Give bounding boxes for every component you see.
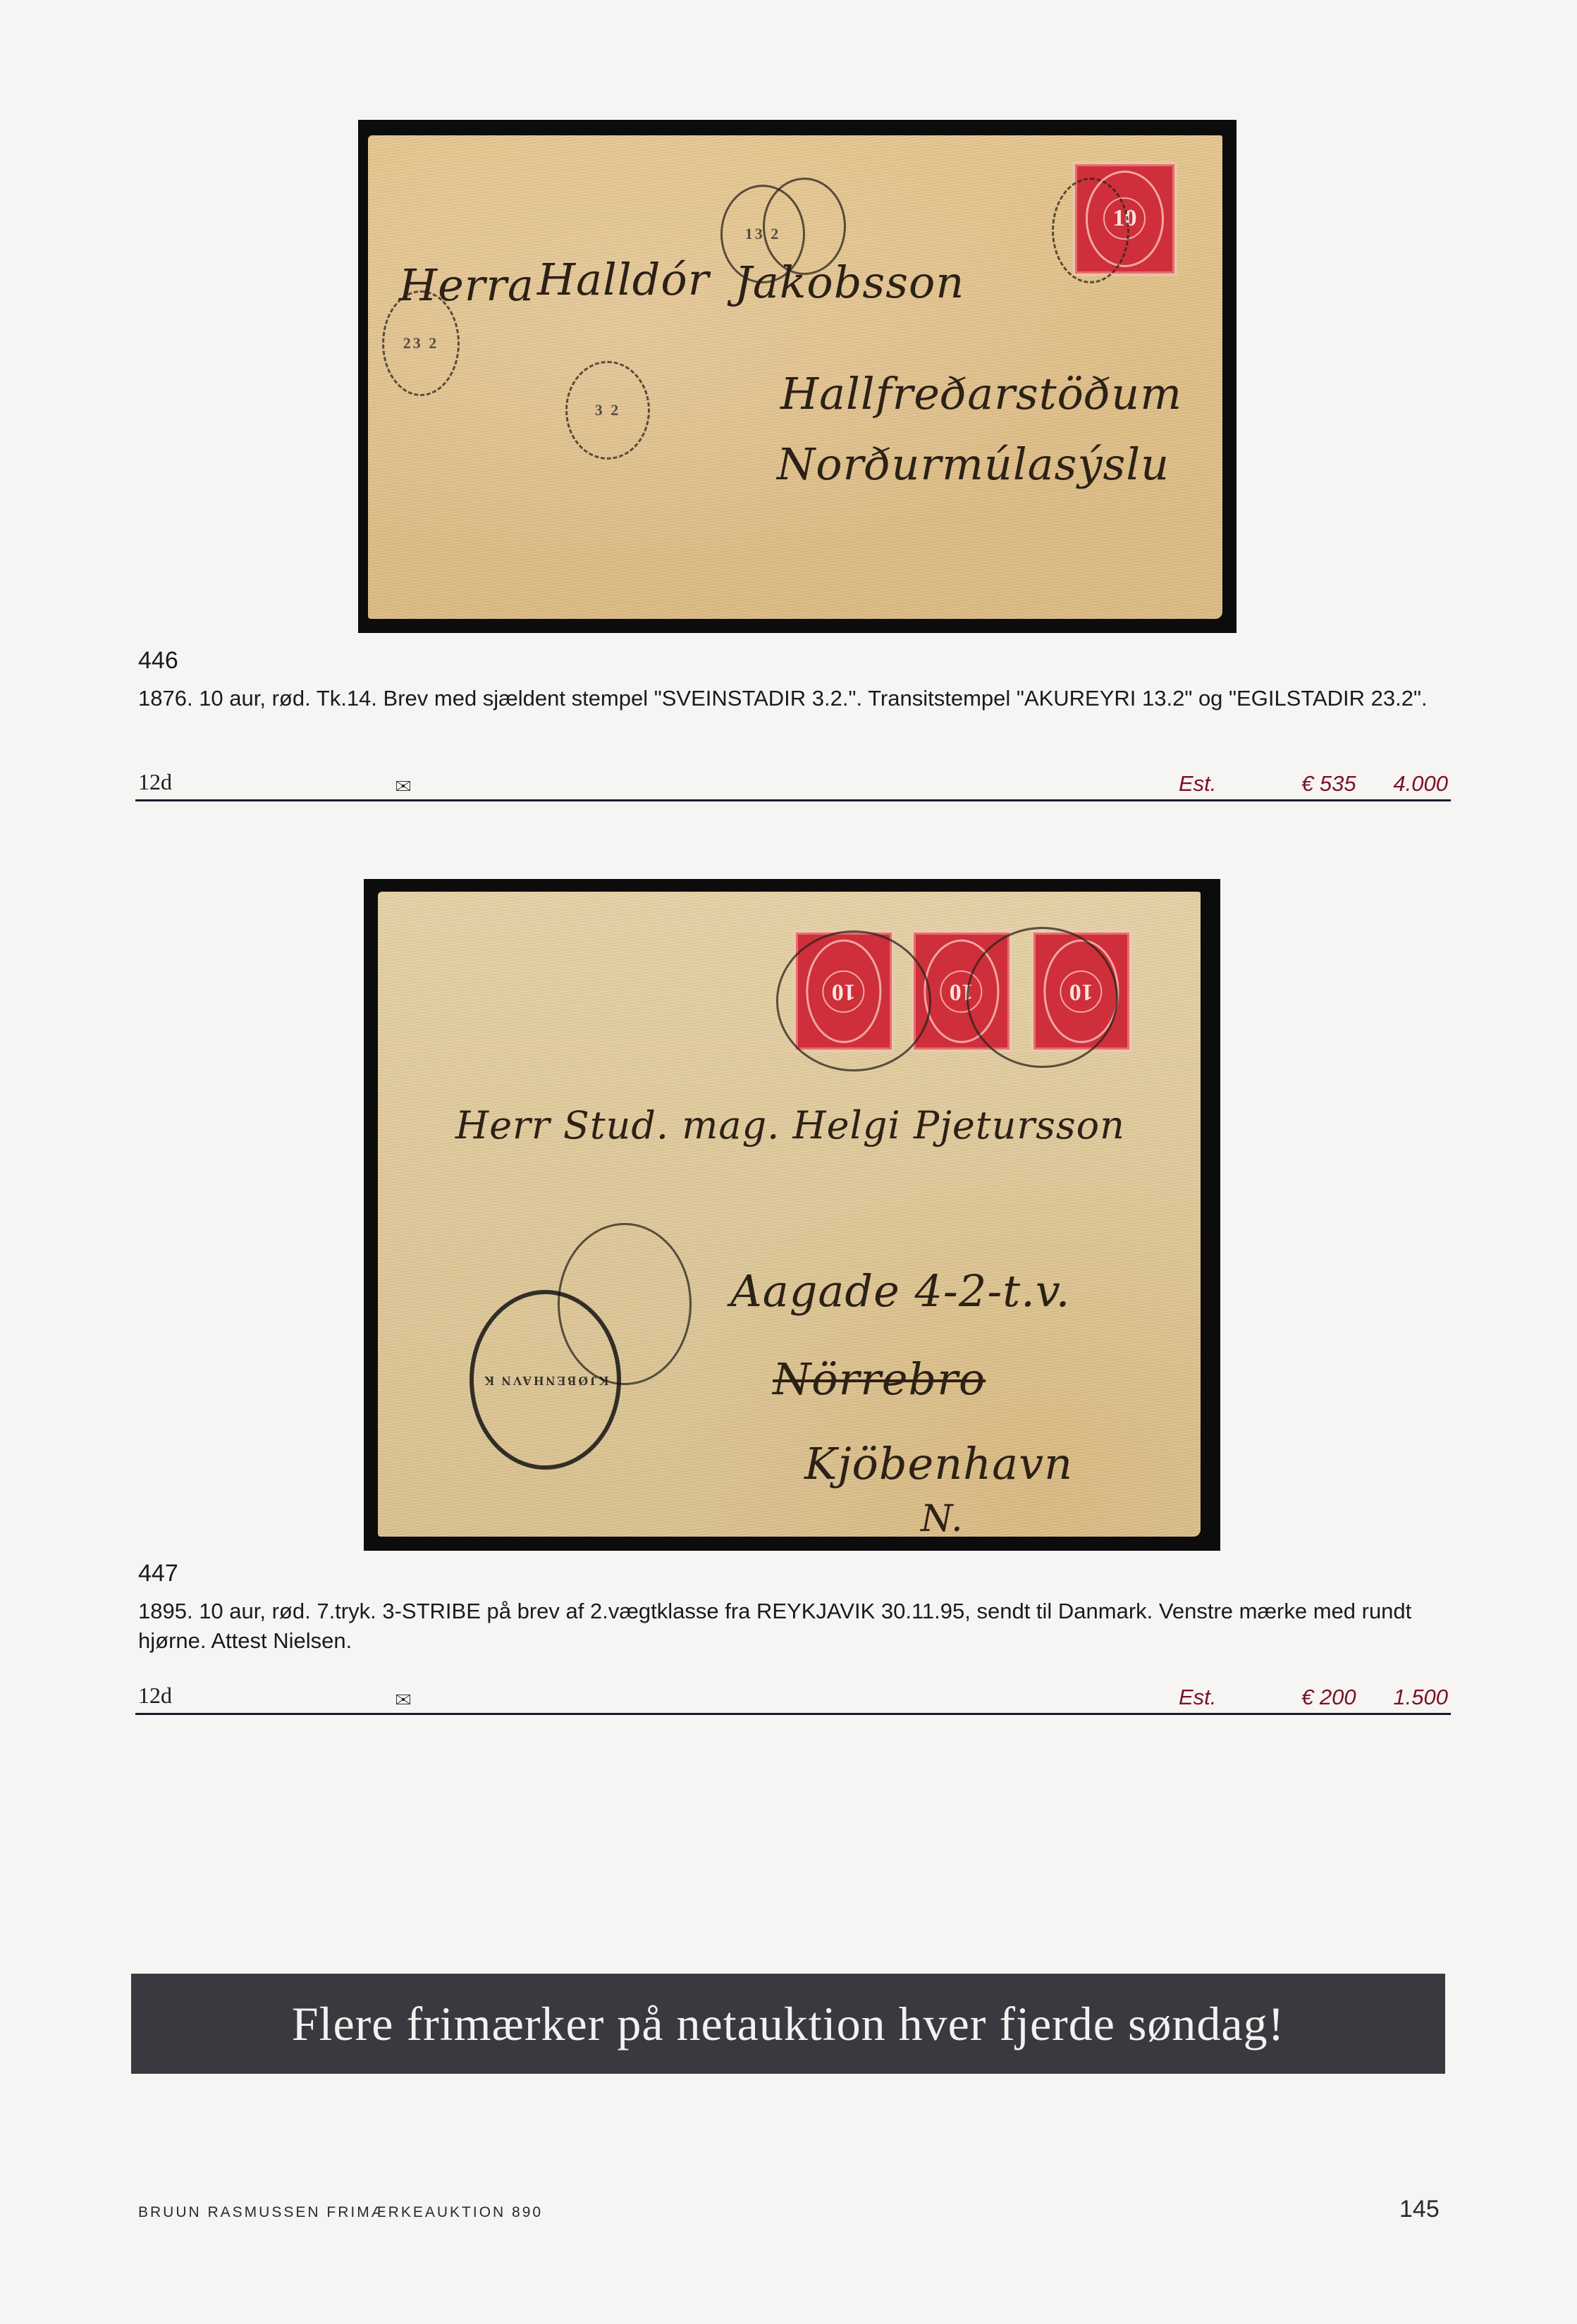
cover-image: 10 13 2 23 2 3 2 Herra Halldór Jakobsson…	[368, 135, 1222, 619]
address-line: Herra	[399, 259, 534, 311]
postmark-on-stamp	[1052, 178, 1129, 283]
address-line: Jakobsson	[735, 257, 964, 308]
promo-banner-text: Flere frimærker på netauktion hver fjerd…	[292, 1996, 1285, 2052]
lot-description: 1895. 10 aur, rød. 7.tryk. 3-STRIBE på b…	[138, 1597, 1428, 1656]
catalog-number: 12d	[138, 769, 172, 795]
postmark-reykjavik	[776, 930, 931, 1071]
postmark-sveinstadir: 3 2	[565, 361, 650, 460]
estimate-label: Est.	[1179, 771, 1216, 797]
catalog-number: 12d	[138, 1683, 172, 1709]
cover-image: 10 10 10 KJØBENHAVN K Herr Stud. mag. He…	[378, 892, 1201, 1537]
estimate-label: Est.	[1179, 1685, 1216, 1710]
address-line: Herr Stud. mag. Helgi Pjetursson	[455, 1103, 1125, 1148]
estimate-dkk: 1.500	[1393, 1685, 1448, 1710]
address-line: N.	[921, 1498, 964, 1537]
address-line-struck: Nörrebro	[773, 1353, 986, 1405]
address-line: Aagade 4-2-t.v.	[730, 1265, 1070, 1317]
postmark-reykjavik-2	[967, 927, 1118, 1068]
postmark-text: KJØBENHAVN K	[482, 1373, 608, 1387]
envelope-icon	[396, 1695, 410, 1704]
postmark-kjobenhavn: KJØBENHAVN K	[470, 1290, 621, 1470]
lot-description: 1876. 10 aur, rød. Tk.14. Brev med sjæld…	[138, 684, 1428, 713]
lot-footer: 12d Est. € 535 4.000	[135, 768, 1451, 801]
address-line: Halldór	[537, 254, 709, 305]
address-line: Norðurmúlasýslu	[777, 438, 1170, 490]
estimate-dkk: 4.000	[1393, 771, 1448, 797]
address-line: Kjöbenhavn	[804, 1438, 1073, 1489]
publication-title: BRUUN RASMUSSEN FRIMÆRKEAUKTION 890	[138, 2204, 543, 2221]
promo-banner[interactable]: Flere frimærker på netauktion hver fjerd…	[131, 1974, 1445, 2074]
lot-footer: 12d Est. € 200 1.500	[135, 1682, 1451, 1715]
postmark-date: 23 2	[403, 335, 439, 352]
address-line: Hallfreðarstöðum	[780, 368, 1182, 419]
lot-446-photo[interactable]: 10 13 2 23 2 3 2 Herra Halldór Jakobsson…	[358, 120, 1237, 633]
lot-number: 446	[138, 647, 178, 675]
estimate-eur: € 535	[1301, 771, 1356, 797]
envelope-icon	[396, 781, 410, 791]
lot-number: 447	[138, 1560, 178, 1587]
postmark-date: 3 2	[595, 402, 621, 419]
page-number: 145	[1399, 2196, 1440, 2223]
estimate-eur: € 200	[1301, 1685, 1356, 1710]
lot-447-photo[interactable]: 10 10 10 KJØBENHAVN K Herr Stud. mag. He…	[364, 879, 1220, 1551]
